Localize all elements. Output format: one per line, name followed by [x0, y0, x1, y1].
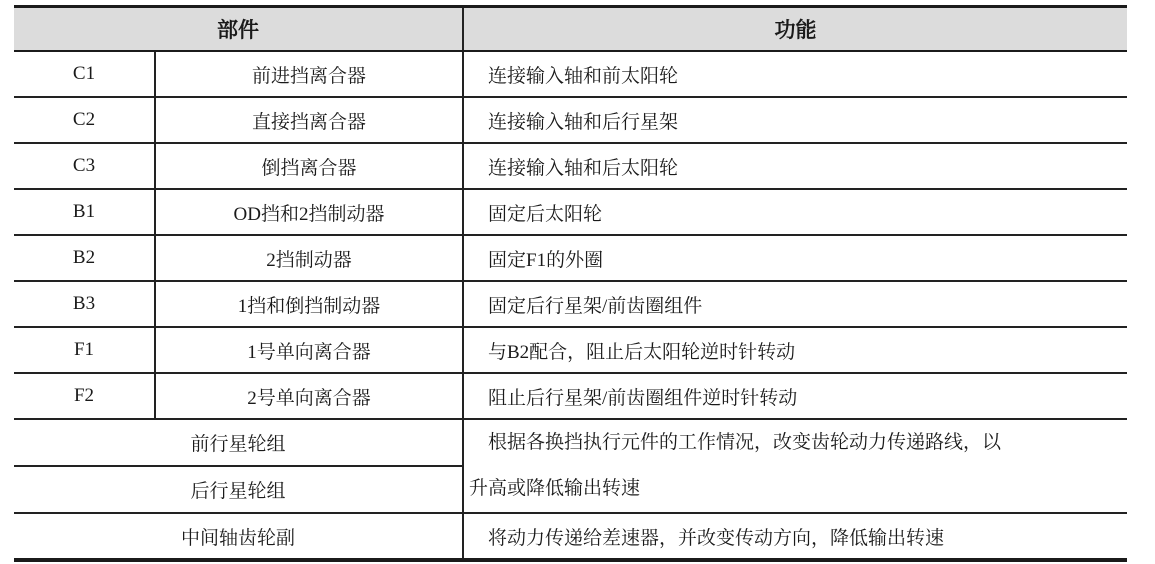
component-name-cell: 倒挡离合器 — [155, 143, 463, 189]
component-code-cell: C2 — [14, 97, 155, 143]
table-row-front-planetary: 前行星轮组 根据各换挡执行元件的工作情况，改变齿轮动力传递路线，以 升高或降低输… — [14, 419, 1127, 466]
function-cell: 阻止后行星架/前齿圈组件逆时针转动 — [463, 373, 1127, 419]
component-group-cell: 中间轴齿轮副 — [14, 513, 463, 560]
function-cell: 连接输入轴和后行星架 — [463, 97, 1127, 143]
table-row-b2: B2 2挡制动器 固定F1的外圈 — [14, 235, 1127, 281]
component-code-cell: F1 — [14, 327, 155, 373]
component-name-cell: 1号单向离合器 — [155, 327, 463, 373]
component-name-cell: 直接挡离合器 — [155, 97, 463, 143]
component-code-cell: B3 — [14, 281, 155, 327]
header-component: 部件 — [14, 7, 463, 52]
table-row-c2: C2 直接挡离合器 连接输入轴和后行星架 — [14, 97, 1127, 143]
components-functions-table: 部件 功能 C1 前进挡离合器 连接输入轴和前太阳轮 C2 直接挡离合器 连接输… — [14, 5, 1127, 562]
header-row: 部件 功能 — [14, 7, 1127, 52]
function-cell: 固定F1的外圈 — [463, 235, 1127, 281]
table-row-c3: C3 倒挡离合器 连接输入轴和后太阳轮 — [14, 143, 1127, 189]
component-name-cell: 前进挡离合器 — [155, 51, 463, 97]
table-row-b1: B1 OD挡和2挡制动器 固定后太阳轮 — [14, 189, 1127, 235]
function-cell: 连接输入轴和后太阳轮 — [463, 143, 1127, 189]
component-name-cell: OD挡和2挡制动器 — [155, 189, 463, 235]
function-cell: 连接输入轴和前太阳轮 — [463, 51, 1127, 97]
merged-function-cell: 根据各换挡执行元件的工作情况，改变齿轮动力传递路线，以 升高或降低输出转速 — [463, 419, 1127, 513]
component-group-cell: 后行星轮组 — [14, 466, 463, 513]
component-code-cell: B1 — [14, 189, 155, 235]
function-cell: 固定后太阳轮 — [463, 189, 1127, 235]
component-code-cell: C3 — [14, 143, 155, 189]
component-name-cell: 1挡和倒挡制动器 — [155, 281, 463, 327]
component-code-cell: F2 — [14, 373, 155, 419]
table-row-c1: C1 前进挡离合器 连接输入轴和前太阳轮 — [14, 51, 1127, 97]
table-row-f2: F2 2号单向离合器 阻止后行星架/前齿圈组件逆时针转动 — [14, 373, 1127, 419]
function-cell: 固定后行星架/前齿圈组件 — [463, 281, 1127, 327]
component-code-cell: B2 — [14, 235, 155, 281]
table-row-counter-gear: 中间轴齿轮副 将动力传递给差速器，并改变传动方向，降低输出转速 — [14, 513, 1127, 560]
function-cell: 将动力传递给差速器，并改变传动方向，降低输出转速 — [463, 513, 1127, 560]
component-name-cell: 2号单向离合器 — [155, 373, 463, 419]
component-name-cell: 2挡制动器 — [155, 235, 463, 281]
component-code-cell: C1 — [14, 51, 155, 97]
table-row-f1: F1 1号单向离合器 与B2配合，阻止后太阳轮逆时针转动 — [14, 327, 1127, 373]
table-row-b3: B3 1挡和倒挡制动器 固定后行星架/前齿圈组件 — [14, 281, 1127, 327]
function-cell: 与B2配合，阻止后太阳轮逆时针转动 — [463, 327, 1127, 373]
header-function: 功能 — [463, 7, 1127, 52]
component-group-cell: 前行星轮组 — [14, 419, 463, 466]
